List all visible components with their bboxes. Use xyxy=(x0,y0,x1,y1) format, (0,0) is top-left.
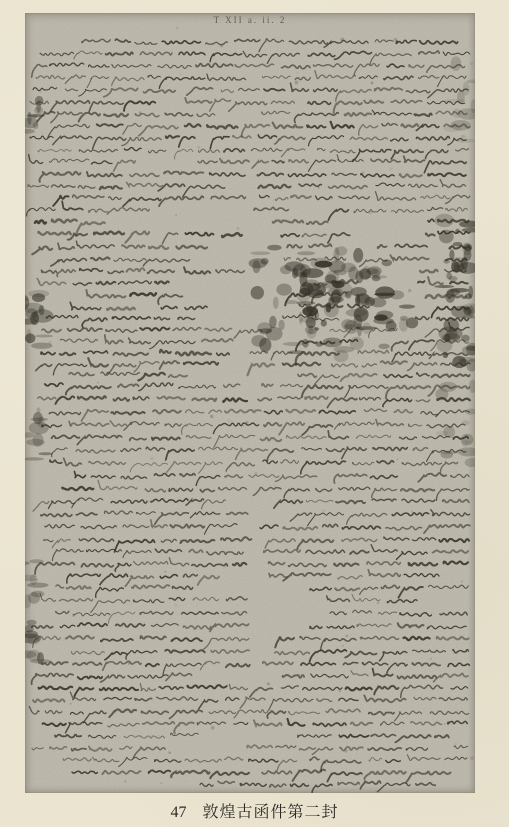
book-page: T XII a. ii. 2 47敦煌古函件第二封 xyxy=(0,0,509,827)
plate-label: T XII a. ii. 2 xyxy=(25,15,475,25)
figure-title: 敦煌古函件第二封 xyxy=(202,804,338,821)
figure-caption: 47敦煌古函件第二封 xyxy=(0,799,509,822)
manuscript-script-image xyxy=(25,13,475,793)
manuscript-photo-plate: T XII a. ii. 2 xyxy=(25,13,475,793)
figure-number: 47 xyxy=(170,804,186,821)
